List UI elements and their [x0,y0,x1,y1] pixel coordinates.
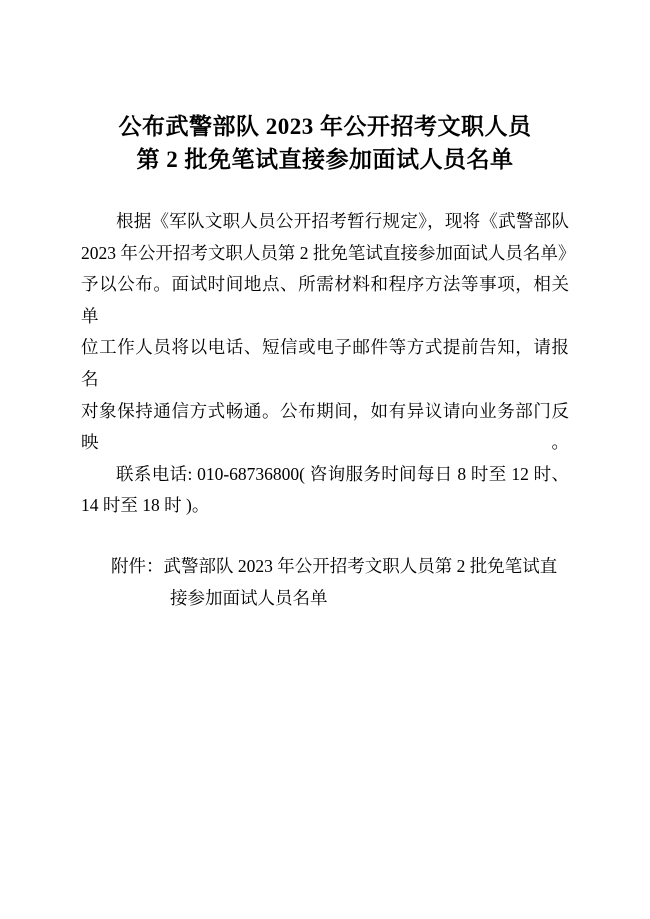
contact-phone-line: 联系电话: 010-68736800( 咨询服务时间每日 8 时至 12 时、 [81,459,569,491]
body-paragraph-announcement: 根据《军队文职人员公开招考暂行规定》，现将《武警部队 2023 年公开招考文职人… [81,206,569,459]
attachment-line-1: 附件：武警部队 2023 年公开招考文职人员第 2 批免笔试直 [81,551,569,583]
attachment-section: 附件：武警部队 2023 年公开招考文职人员第 2 批免笔试直 接参加面试人员名… [81,551,569,614]
paragraph-line: 予以公布。面试时间地点、所需材料和程序方法等事项，相关单 [81,269,569,332]
paragraph-line: 对象保持通信方式畅通。公布期间，如有异议请向业务部门反映。 [81,396,569,459]
document-page: 公布武警部队 2023 年公开招考文职人员 第 2 批免笔试直接参加面试人员名单… [0,0,650,919]
attachment-title-part-2: 接参加面试人员名单 [81,583,569,615]
paragraph-line: 2023 年公开招考文职人员第 2 批免笔试直接参加面试人员名单》 [81,238,569,270]
document-title-line-2: 第 2 批免笔试直接参加面试人员名单 [81,143,569,176]
contact-hours-line: 14 时至 18 时 )。 [81,490,569,522]
body-paragraph-contact: 联系电话: 010-68736800( 咨询服务时间每日 8 时至 12 时、 … [81,459,569,522]
attachment-label: 附件： [111,556,164,576]
document-title-line-1: 公布武警部队 2023 年公开招考文职人员 [81,110,569,143]
attachment-title-part-1: 武警部队 2023 年公开招考文职人员第 2 批免笔试直 [164,556,558,576]
document-title: 公布武警部队 2023 年公开招考文职人员 第 2 批免笔试直接参加面试人员名单 [81,110,569,176]
document-content: 公布武警部队 2023 年公开招考文职人员 第 2 批免笔试直接参加面试人员名单… [81,110,569,614]
paragraph-line: 位工作人员将以电话、短信或电子邮件等方式提前告知，请报名 [81,332,569,395]
paragraph-line: 根据《军队文职人员公开招考暂行规定》，现将《武警部队 [81,206,569,238]
